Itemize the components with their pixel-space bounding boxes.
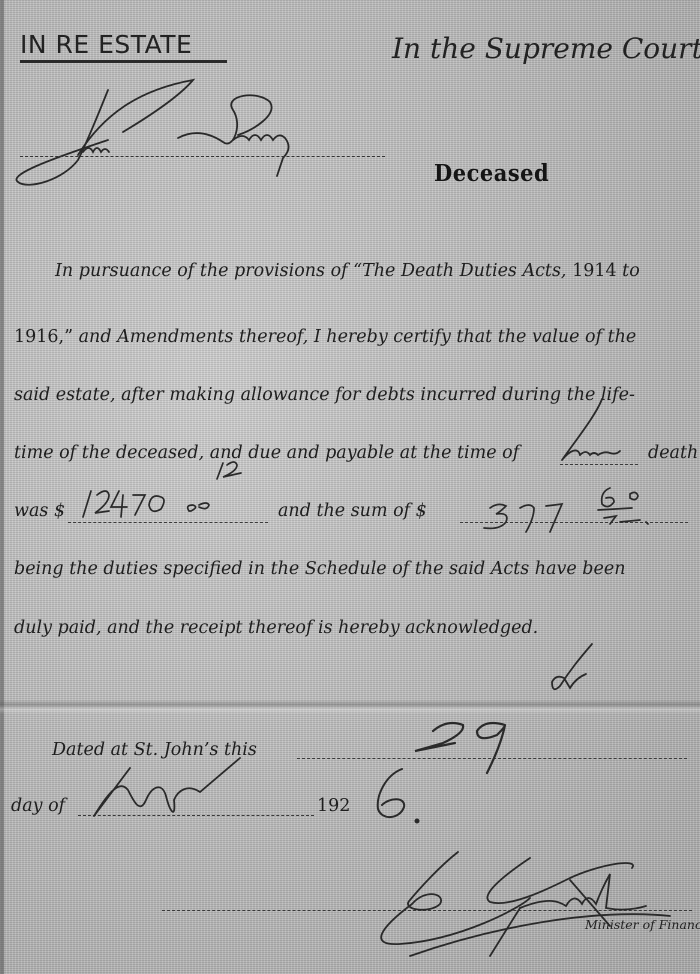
body-line-4-end: death — [648, 443, 698, 463]
body-line-2: 1916,” and Amendments thereof, I hereby … — [14, 327, 636, 347]
deceased-name-handwritten — [8, 80, 338, 190]
estate-heading-underline — [20, 60, 227, 63]
estate-value-handwritten — [75, 455, 275, 525]
year-digit-handwritten — [370, 765, 420, 825]
body-line-6: being the duties specified in the Schedu… — [14, 559, 626, 579]
pronoun-handwritten: his — [556, 395, 626, 465]
initials-mark — [540, 640, 610, 700]
deceased-name-line — [20, 156, 385, 157]
sum-label: and the sum of $ — [278, 501, 427, 521]
day-handwritten — [405, 717, 515, 782]
act-end-year: 1916,” — [14, 327, 73, 347]
minister-signature — [370, 848, 690, 958]
body-line-1: In pursuance of the provisions of “The D… — [55, 261, 640, 281]
body-line-7: duly paid, and the receipt thereof is he… — [14, 618, 538, 638]
scan-left-edge — [0, 0, 4, 974]
estate-heading: IN RE ESTATE — [20, 30, 192, 59]
was-label: was $ — [14, 501, 65, 521]
deceased-label: Deceased — [434, 159, 549, 187]
day-of-label: day of — [11, 796, 65, 816]
act-start-year: 1914 — [572, 261, 617, 281]
body-line-1-text: In pursuance of the provisions of “The D… — [55, 261, 572, 281]
paper-fold-crease — [0, 700, 700, 714]
minister-title: Minister of Finance. — [585, 917, 700, 932]
body-line-1-suffix: to — [617, 261, 640, 281]
month-handwritten — [90, 750, 270, 820]
year-prefix: 192 — [317, 796, 350, 816]
court-heading: In the Supreme Court — [392, 32, 700, 65]
body-line-3: said estate, after making allowance for … — [14, 385, 635, 405]
body-line-2-text: and Amendments thereof, I hereby certify… — [73, 327, 636, 347]
duties-paid-handwritten — [480, 470, 690, 550]
